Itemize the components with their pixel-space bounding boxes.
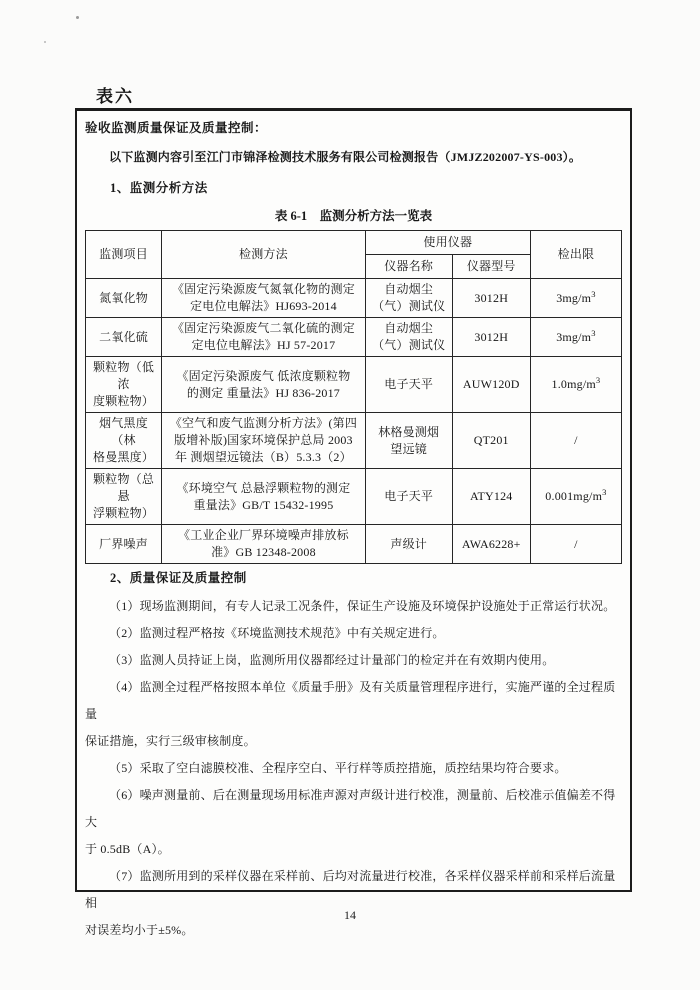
cell-detection-limit: / — [530, 413, 621, 469]
limit-value: 3mg/m — [556, 291, 591, 305]
cell-method: 《环境空气 总悬浮颗粒物的测定 重量法》GB/T 15432-1995 — [162, 469, 366, 525]
cell-instrument-model: 3012H — [452, 318, 530, 357]
cell-instrument-name: 自动烟尘 （气）测试仪 — [365, 318, 452, 357]
limit-superscript: 3 — [591, 289, 595, 299]
limit-superscript: 3 — [591, 328, 595, 338]
cell-instrument-name: 电子天平 — [365, 357, 452, 413]
qc-paragraph-1: （1）现场监测期间，有专人记录工况条件，保证生产设施及环境保护设施处于正常运行状… — [85, 593, 622, 620]
cell-instrument-model: AWA6228+ — [452, 525, 530, 564]
cell-method: 《固定污染源废气氮氧化物的测定 定电位电解法》HJ693-2014 — [162, 279, 366, 318]
cell-instrument-name: 声级计 — [365, 525, 452, 564]
qc-paragraph-5: （5）采取了空白滤膜校准、全程序空白、平行样等质控措施，质控结果均符合要求。 — [85, 755, 622, 782]
cell-method: 《固定污染源废气二氧化硫的测定 定电位电解法》HJ 57-2017 — [162, 318, 366, 357]
scan-speck — [76, 16, 79, 19]
qc-paragraph-3: （3）监测人员持证上岗，监测所用仪器都经过计量部门的检定并在有效期内使用。 — [85, 647, 622, 674]
cell-instrument-model: ATY124 — [452, 469, 530, 525]
qc-paragraph-6: （6）噪声测量前、后在测量现场用标准声源对声级计进行校准，测量前、后校准示值偏差… — [85, 782, 622, 863]
cell-item: 氮氧化物 — [86, 279, 162, 318]
cell-method: 《固定污染源废气 低浓度颗粒物 的测定 重量法》HJ 836-2017 — [162, 357, 366, 413]
header-instrument-model: 仪器型号 — [452, 255, 530, 279]
content-box: 验收监测质量保证及质量控制： 以下监测内容引至江门市锦泽检测技术服务有限公司检测… — [75, 108, 632, 892]
table-row: 颗粒物（低浓 度颗粒物） 《固定污染源废气 低浓度颗粒物 的测定 重量法》HJ … — [86, 357, 622, 413]
scan-speck — [44, 41, 46, 43]
cell-detection-limit: 1.0mg/m3 — [530, 357, 621, 413]
cell-detection-limit: 3mg/m3 — [530, 279, 621, 318]
cell-method: 《工业企业厂界环境噪声排放标 准》GB 12348-2008 — [162, 525, 366, 564]
intro-paragraph: 以下监测内容引至江门市锦泽检测技术服务有限公司检测报告（JMJZ202007-Y… — [85, 141, 622, 173]
cell-item: 二氧化硫 — [86, 318, 162, 357]
method-table: 监测项目 检测方法 使用仪器 检出限 仪器名称 仪器型号 氮氧化物 《固定污染源… — [85, 230, 622, 564]
document-page: 表六 验收监测质量保证及质量控制： 以下监测内容引至江门市锦泽检测技术服务有限公… — [0, 0, 700, 990]
qc-paragraph-7: （7）监测所用到的采样仪器在采样前、后均对流量进行校准，各采样仪器采样前和采样后… — [85, 863, 622, 944]
cell-instrument-name: 自动烟尘 （气）测试仪 — [365, 279, 452, 318]
table-caption: 表 6-1 监测分析方法一览表 — [85, 205, 622, 227]
cell-instrument-model: 3012H — [452, 279, 530, 318]
limit-value: / — [574, 537, 578, 551]
qc-paragraph-2: （2）监测过程严格按《环境监测技术规范》中有关规定进行。 — [85, 620, 622, 647]
cell-instrument-model: AUW120D — [452, 357, 530, 413]
cell-item: 厂界噪声 — [86, 525, 162, 564]
section1-heading: 1、监测分析方法 — [85, 173, 622, 203]
cell-instrument-model: QT201 — [452, 413, 530, 469]
cell-item: 颗粒物（总悬 浮颗粒物） — [86, 469, 162, 525]
header-instrument-group: 使用仪器 — [365, 231, 530, 255]
page-number: 14 — [0, 908, 700, 923]
qa-title: 验收监测质量保证及质量控制： — [85, 115, 622, 141]
page-heading: 表六 — [96, 82, 134, 107]
table-row: 氮氧化物 《固定污染源废气氮氧化物的测定 定电位电解法》HJ693-2014 自… — [86, 279, 622, 318]
limit-value: 0.001mg/m — [545, 489, 602, 503]
limit-value: 3mg/m — [556, 330, 591, 344]
cell-detection-limit: / — [530, 525, 621, 564]
cell-item: 烟气黑度（林 格曼黑度） — [86, 413, 162, 469]
table-row: 烟气黑度（林 格曼黑度） 《空气和废气监测分析方法》(第四 版增补版)国家环境保… — [86, 413, 622, 469]
header-instrument-name: 仪器名称 — [365, 255, 452, 279]
limit-superscript: 3 — [596, 375, 600, 385]
cell-instrument-name: 电子天平 — [365, 469, 452, 525]
header-detection-limit: 检出限 — [530, 231, 621, 279]
table-row: 二氧化硫 《固定污染源废气二氧化硫的测定 定电位电解法》HJ 57-2017 自… — [86, 318, 622, 357]
table-row: 颗粒物（总悬 浮颗粒物） 《环境空气 总悬浮颗粒物的测定 重量法》GB/T 15… — [86, 469, 622, 525]
table-row: 厂界噪声 《工业企业厂界环境噪声排放标 准》GB 12348-2008 声级计 … — [86, 525, 622, 564]
table-header-row: 监测项目 检测方法 使用仪器 检出限 — [86, 231, 622, 255]
qc-paragraph-4: （4）监测全过程严格按照本单位《质量手册》及有关质量管理程序进行，实施严谨的全过… — [85, 674, 622, 755]
section2-heading: 2、质量保证及质量控制 — [85, 564, 622, 593]
cell-detection-limit: 3mg/m3 — [530, 318, 621, 357]
header-method: 检测方法 — [162, 231, 366, 279]
header-item: 监测项目 — [86, 231, 162, 279]
cell-item: 颗粒物（低浓 度颗粒物） — [86, 357, 162, 413]
limit-superscript: 3 — [602, 487, 606, 497]
cell-method: 《空气和废气监测分析方法》(第四 版增补版)国家环境保护总局 2003 年 测烟… — [162, 413, 366, 469]
cell-detection-limit: 0.001mg/m3 — [530, 469, 621, 525]
cell-instrument-name: 林格曼测烟 望远镜 — [365, 413, 452, 469]
limit-value: 1.0mg/m — [552, 377, 596, 391]
limit-value: / — [574, 433, 578, 447]
